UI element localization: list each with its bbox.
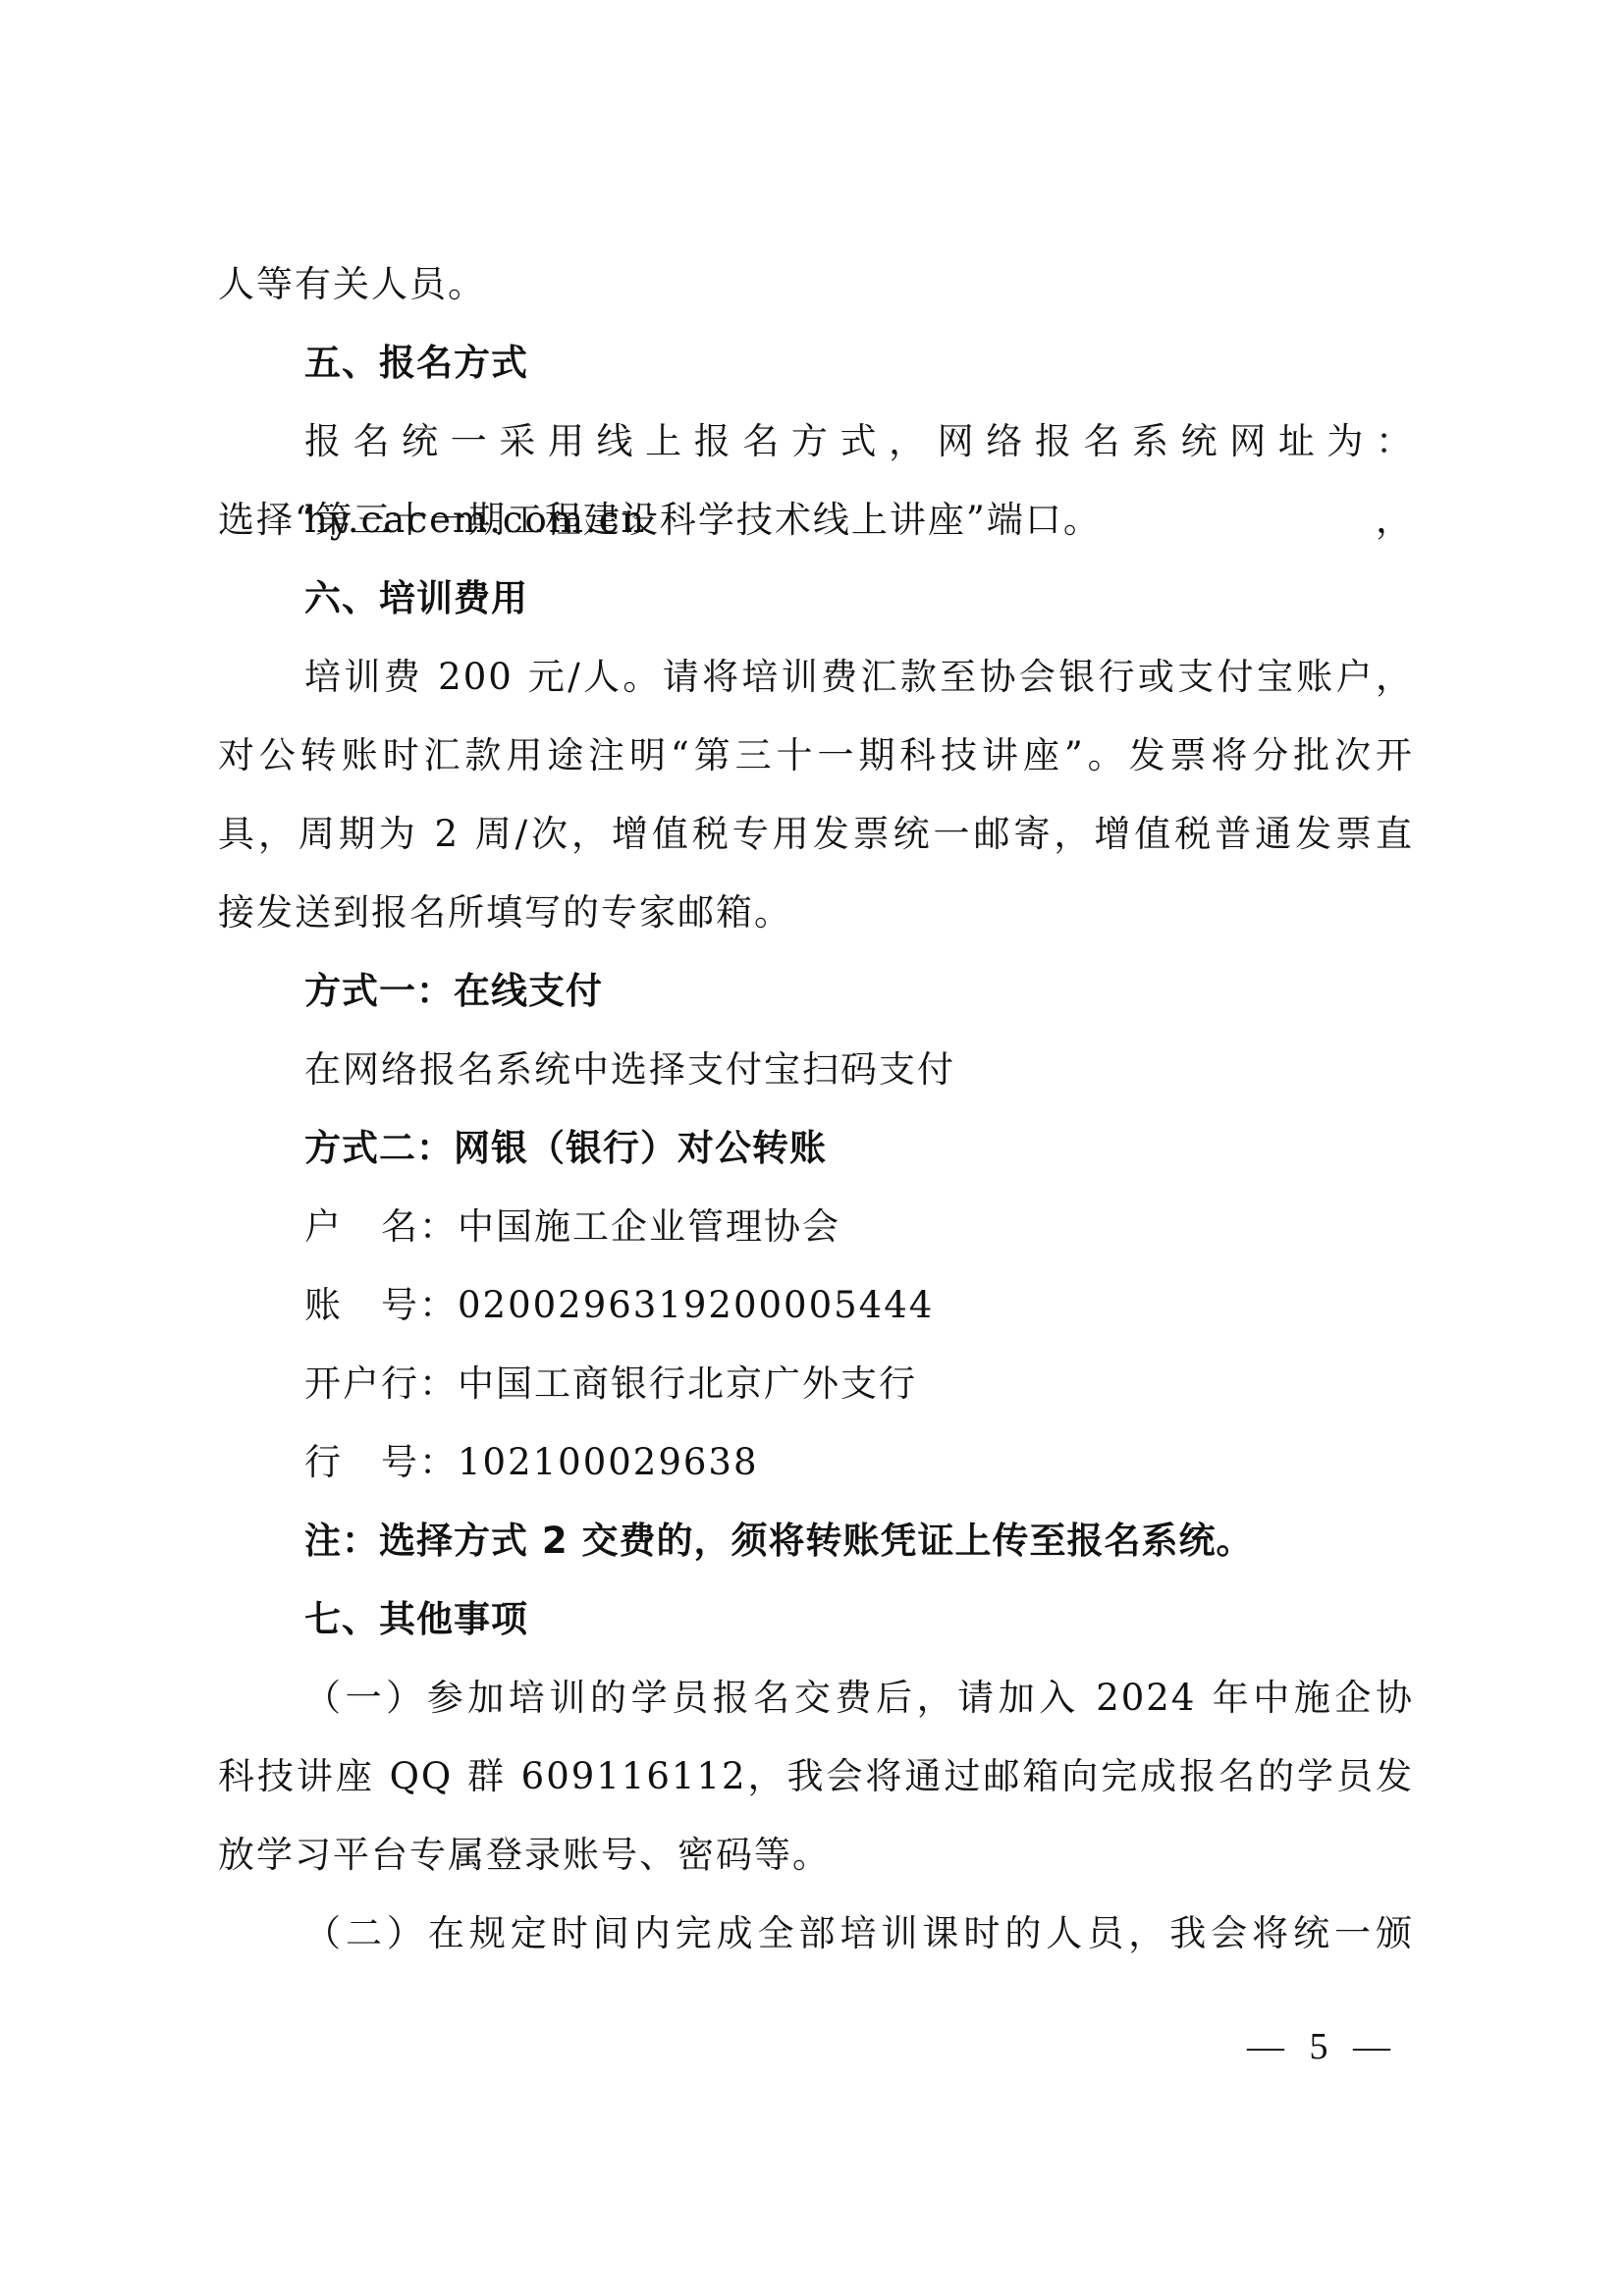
section7-heading: 七、其他事项: [304, 1580, 1414, 1659]
section5-heading: 五、报名方式: [304, 324, 1414, 402]
section5-para-line2: 选择“第三十一期工程建设科学技术线上讲座”端口。: [218, 481, 1414, 560]
section6-para-line2: 对公转账时汇款用途注明“第三十一期科技讲座”。发票将分批次开: [218, 717, 1414, 795]
payment-note: 注：选择方式 2 交费的，须将转账凭证上传至报名系统。: [304, 1502, 1414, 1580]
account-name-row: 户 名：中国施工企业管理协会: [304, 1188, 1414, 1266]
intro-tail-text: 人等有关人员。: [218, 245, 1414, 324]
bank-value: 中国工商银行北京广外支行: [458, 1362, 917, 1405]
bank-label: 开户行：: [304, 1345, 458, 1423]
account-no-label: 账 号：: [304, 1266, 458, 1345]
account-name-value: 中国施工企业管理协会: [458, 1205, 840, 1248]
section7-item1-line3: 放学习平台专属登录账号、密码等。: [218, 1816, 1414, 1895]
account-no-row: 账 号：0200296319200005444: [304, 1266, 1414, 1345]
bank-no-value: 102100029638: [458, 1441, 759, 1483]
section6-para-line3: 具，周期为 2 周/次，增值税专用发票统一邮寄，增值税普通发票直: [218, 795, 1414, 874]
section7-item1-line2: 科技讲座 QQ 群 609116112，我会将通过邮箱向完成报名的学员发: [218, 1737, 1414, 1816]
section7-item1-line1: （一）参加培训的学员报名交费后，请加入 2024 年中施企协: [304, 1659, 1414, 1737]
section6-para-line4: 接发送到报名所填写的专家邮箱。: [218, 874, 1414, 952]
section5-para-line1: 报名统一采用线上报名方式，网络报名系统网址为：hy.cacem.com.cn，: [304, 402, 1414, 481]
bank-row: 开户行：中国工商银行北京广外支行: [304, 1345, 1414, 1423]
method1-title: 方式一：在线支付: [304, 952, 1414, 1031]
section6-heading: 六、培训费用: [304, 560, 1414, 638]
bank-no-label: 行 号：: [304, 1423, 458, 1502]
account-name-label: 户 名：: [304, 1188, 458, 1266]
page-number: — 5 —: [1247, 2017, 1398, 2076]
document-page: 人等有关人员。 五、报名方式 报名统一采用线上报名方式，网络报名系统网址为：hy…: [0, 0, 1624, 2296]
method1-desc: 在网络报名系统中选择支付宝扫码支付: [304, 1031, 1414, 1109]
account-no-value: 0200296319200005444: [458, 1284, 934, 1326]
section7-item2-line1: （二）在规定时间内完成全部培训课时的人员，我会将统一颁: [304, 1895, 1414, 1973]
section6-para-line1: 培训费 200 元/人。请将培训费汇款至协会银行或支付宝账户，: [304, 638, 1414, 717]
bank-no-row: 行 号：102100029638: [304, 1423, 1414, 1502]
method2-title: 方式二：网银（银行）对公转账: [304, 1109, 1414, 1188]
